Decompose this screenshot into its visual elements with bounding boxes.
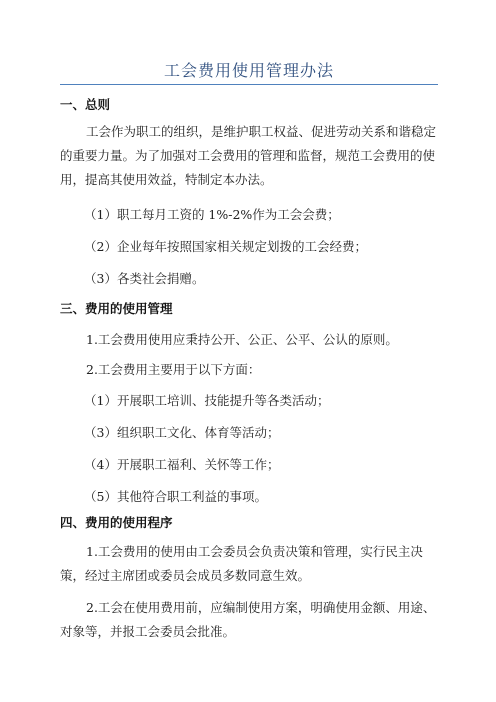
title-underline xyxy=(60,84,438,85)
list-item: （3）组织职工文化、体育等活动； xyxy=(84,424,279,442)
document-title: 工会费用使用管理办法 xyxy=(60,60,438,82)
numbered-item: 2.工会费用主要用于以下方面： xyxy=(86,361,260,379)
procedure-paragraph: 2.工会在使用费用前，应编制使用方案，明确使用金额、用途、对象等，并报工会委员会… xyxy=(60,596,438,644)
section-heading-usage-procedure: 四、费用的使用程序 xyxy=(60,514,173,532)
list-item: （2）企业每年按照国家相关规定划拨的工会经费； xyxy=(84,238,367,256)
list-item: （1）职工每月工资的 1%-2%作为工会会费； xyxy=(84,206,340,224)
procedure-paragraph: 1.工会费用的使用由工会委员会负责决策和管理，实行民主决策，经过主席团或委员会成… xyxy=(60,540,438,588)
general-paragraph: 工会作为职工的组织，是维护职工权益、促进劳动关系和谐稳定的重要力量。为了加强对工… xyxy=(60,120,438,192)
list-item: （3）各类社会捐赠。 xyxy=(84,270,204,288)
numbered-item: 1.工会费用使用应秉持公开、公正、公平、公认的原则。 xyxy=(86,331,398,349)
section-heading-general: 一、总则 xyxy=(60,96,110,114)
document-page: 工会费用使用管理办法 一、总则 工会作为职工的组织，是维护职工权益、促进劳动关系… xyxy=(0,0,496,702)
list-item: （1）开展职工培训、技能提升等各类活动； xyxy=(84,392,329,410)
list-item: （4）开展职工福利、关怀等工作； xyxy=(84,456,279,474)
list-item: （5）其他符合职工利益的事项。 xyxy=(84,488,267,506)
section-heading-usage-management: 三、费用的使用管理 xyxy=(60,300,173,318)
